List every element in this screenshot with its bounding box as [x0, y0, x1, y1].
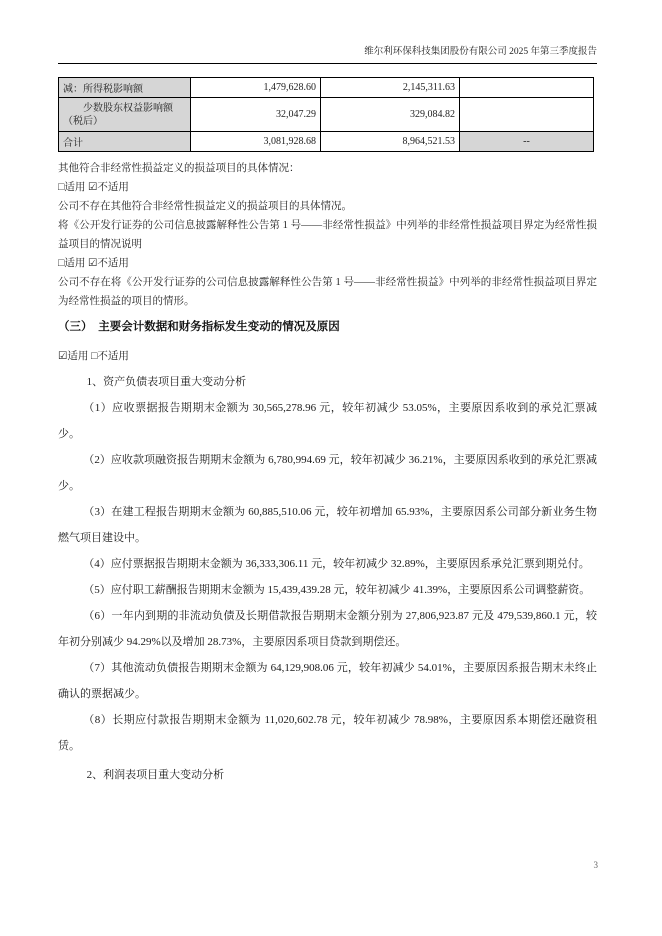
analysis-item: （7）其他流动负债报告期期末金额为 64,129,908.06 元，较年初减少 …	[58, 655, 597, 707]
applicability-checkboxes: □适用 ☑不适用	[58, 254, 597, 273]
non-recurring-items-table: 减：所得税影响额 1,479,628.60 2,145,311.63 少数股东权…	[58, 77, 594, 152]
note-cell	[460, 78, 594, 98]
current-period-amount-cell: 32,047.29	[191, 98, 321, 132]
row-label-cell: 合计	[59, 132, 191, 152]
note-line: 公司不存在将《公开发行证券的公司信息披露解释性公告第 1 号——非经常性损益》中…	[58, 273, 597, 311]
subsection-title-income-statement: 2、利润表项目重大变动分析	[58, 762, 597, 788]
prior-period-amount-cell: 329,084.82	[321, 98, 460, 132]
applicability-checkboxes: ☑适用 □不适用	[58, 347, 597, 366]
table-row: 减：所得税影响额 1,479,628.60 2,145,311.63	[59, 78, 594, 98]
applicability-checkboxes: □适用 ☑不适用	[58, 178, 597, 197]
page-number: 3	[594, 860, 599, 870]
section-heading: （三） 主要会计数据和财务指标发生变动的情况及原因	[58, 319, 597, 335]
analysis-item: （8）长期应付款报告期期末金额为 11,020,602.78 元，较年初减少 7…	[58, 707, 597, 759]
report-title: 维尔利环保科技集团股份有限公司 2025 年第三季度报告	[364, 47, 597, 57]
row-label-cell: 少数股东权益影响额（税后）	[59, 98, 191, 132]
table-row: 少数股东权益影响额（税后） 32,047.29 329,084.82	[59, 98, 594, 132]
report-page: 维尔利环保科技集团股份有限公司 2025 年第三季度报告 减：所得税影响额 1,…	[0, 0, 662, 936]
note-line: 公司不存在其他符合非经常性损益定义的损益项目的具体情况。	[58, 197, 597, 216]
prior-period-amount-cell: 8,964,521.53	[321, 132, 460, 152]
note-cell: --	[460, 132, 594, 152]
current-period-amount-cell: 1,479,628.60	[191, 78, 321, 98]
notes-block: 其他符合非经常性损益定义的损益项目的具体情况： □适用 ☑不适用 公司不存在其他…	[58, 159, 597, 311]
note-line: 其他符合非经常性损益定义的损益项目的具体情况：	[58, 159, 597, 178]
analysis-item: （1）应收票据报告期期末金额为 30,565,278.96 元，较年初减少 53…	[58, 395, 597, 447]
analysis-item: （3）在建工程报告期期末金额为 60,885,510.06 元，较年初增加 65…	[58, 499, 597, 551]
subsection-title-balance-sheet: 1、资产负债表项目重大变动分析	[58, 369, 597, 395]
note-line: 将《公开发行证券的公司信息披露解释性公告第 1 号——非经常性损益》中列举的非经…	[58, 216, 597, 254]
note-cell	[460, 98, 594, 132]
analysis-item: （5）应付职工薪酬报告期期末金额为 15,439,439.28 元，较年初减少 …	[58, 577, 597, 603]
prior-period-amount-cell: 2,145,311.63	[321, 78, 460, 98]
row-label-cell: 减：所得税影响额	[59, 78, 191, 98]
analysis-item: （6）一年内到期的非流动负债及长期借款报告期期末金额分别为 27,806,923…	[58, 603, 597, 655]
current-period-amount-cell: 3,081,928.68	[191, 132, 321, 152]
running-header: 维尔利环保科技集团股份有限公司 2025 年第三季度报告	[58, 46, 597, 64]
analysis-item: （4）应付票据报告期期末金额为 36,333,306.11 元，较年初减少 32…	[58, 551, 597, 577]
table-row-total: 合计 3,081,928.68 8,964,521.53 --	[59, 132, 594, 152]
analysis-item: （2）应收款项融资报告期期末金额为 6,780,994.69 元，较年初减少 3…	[58, 447, 597, 499]
